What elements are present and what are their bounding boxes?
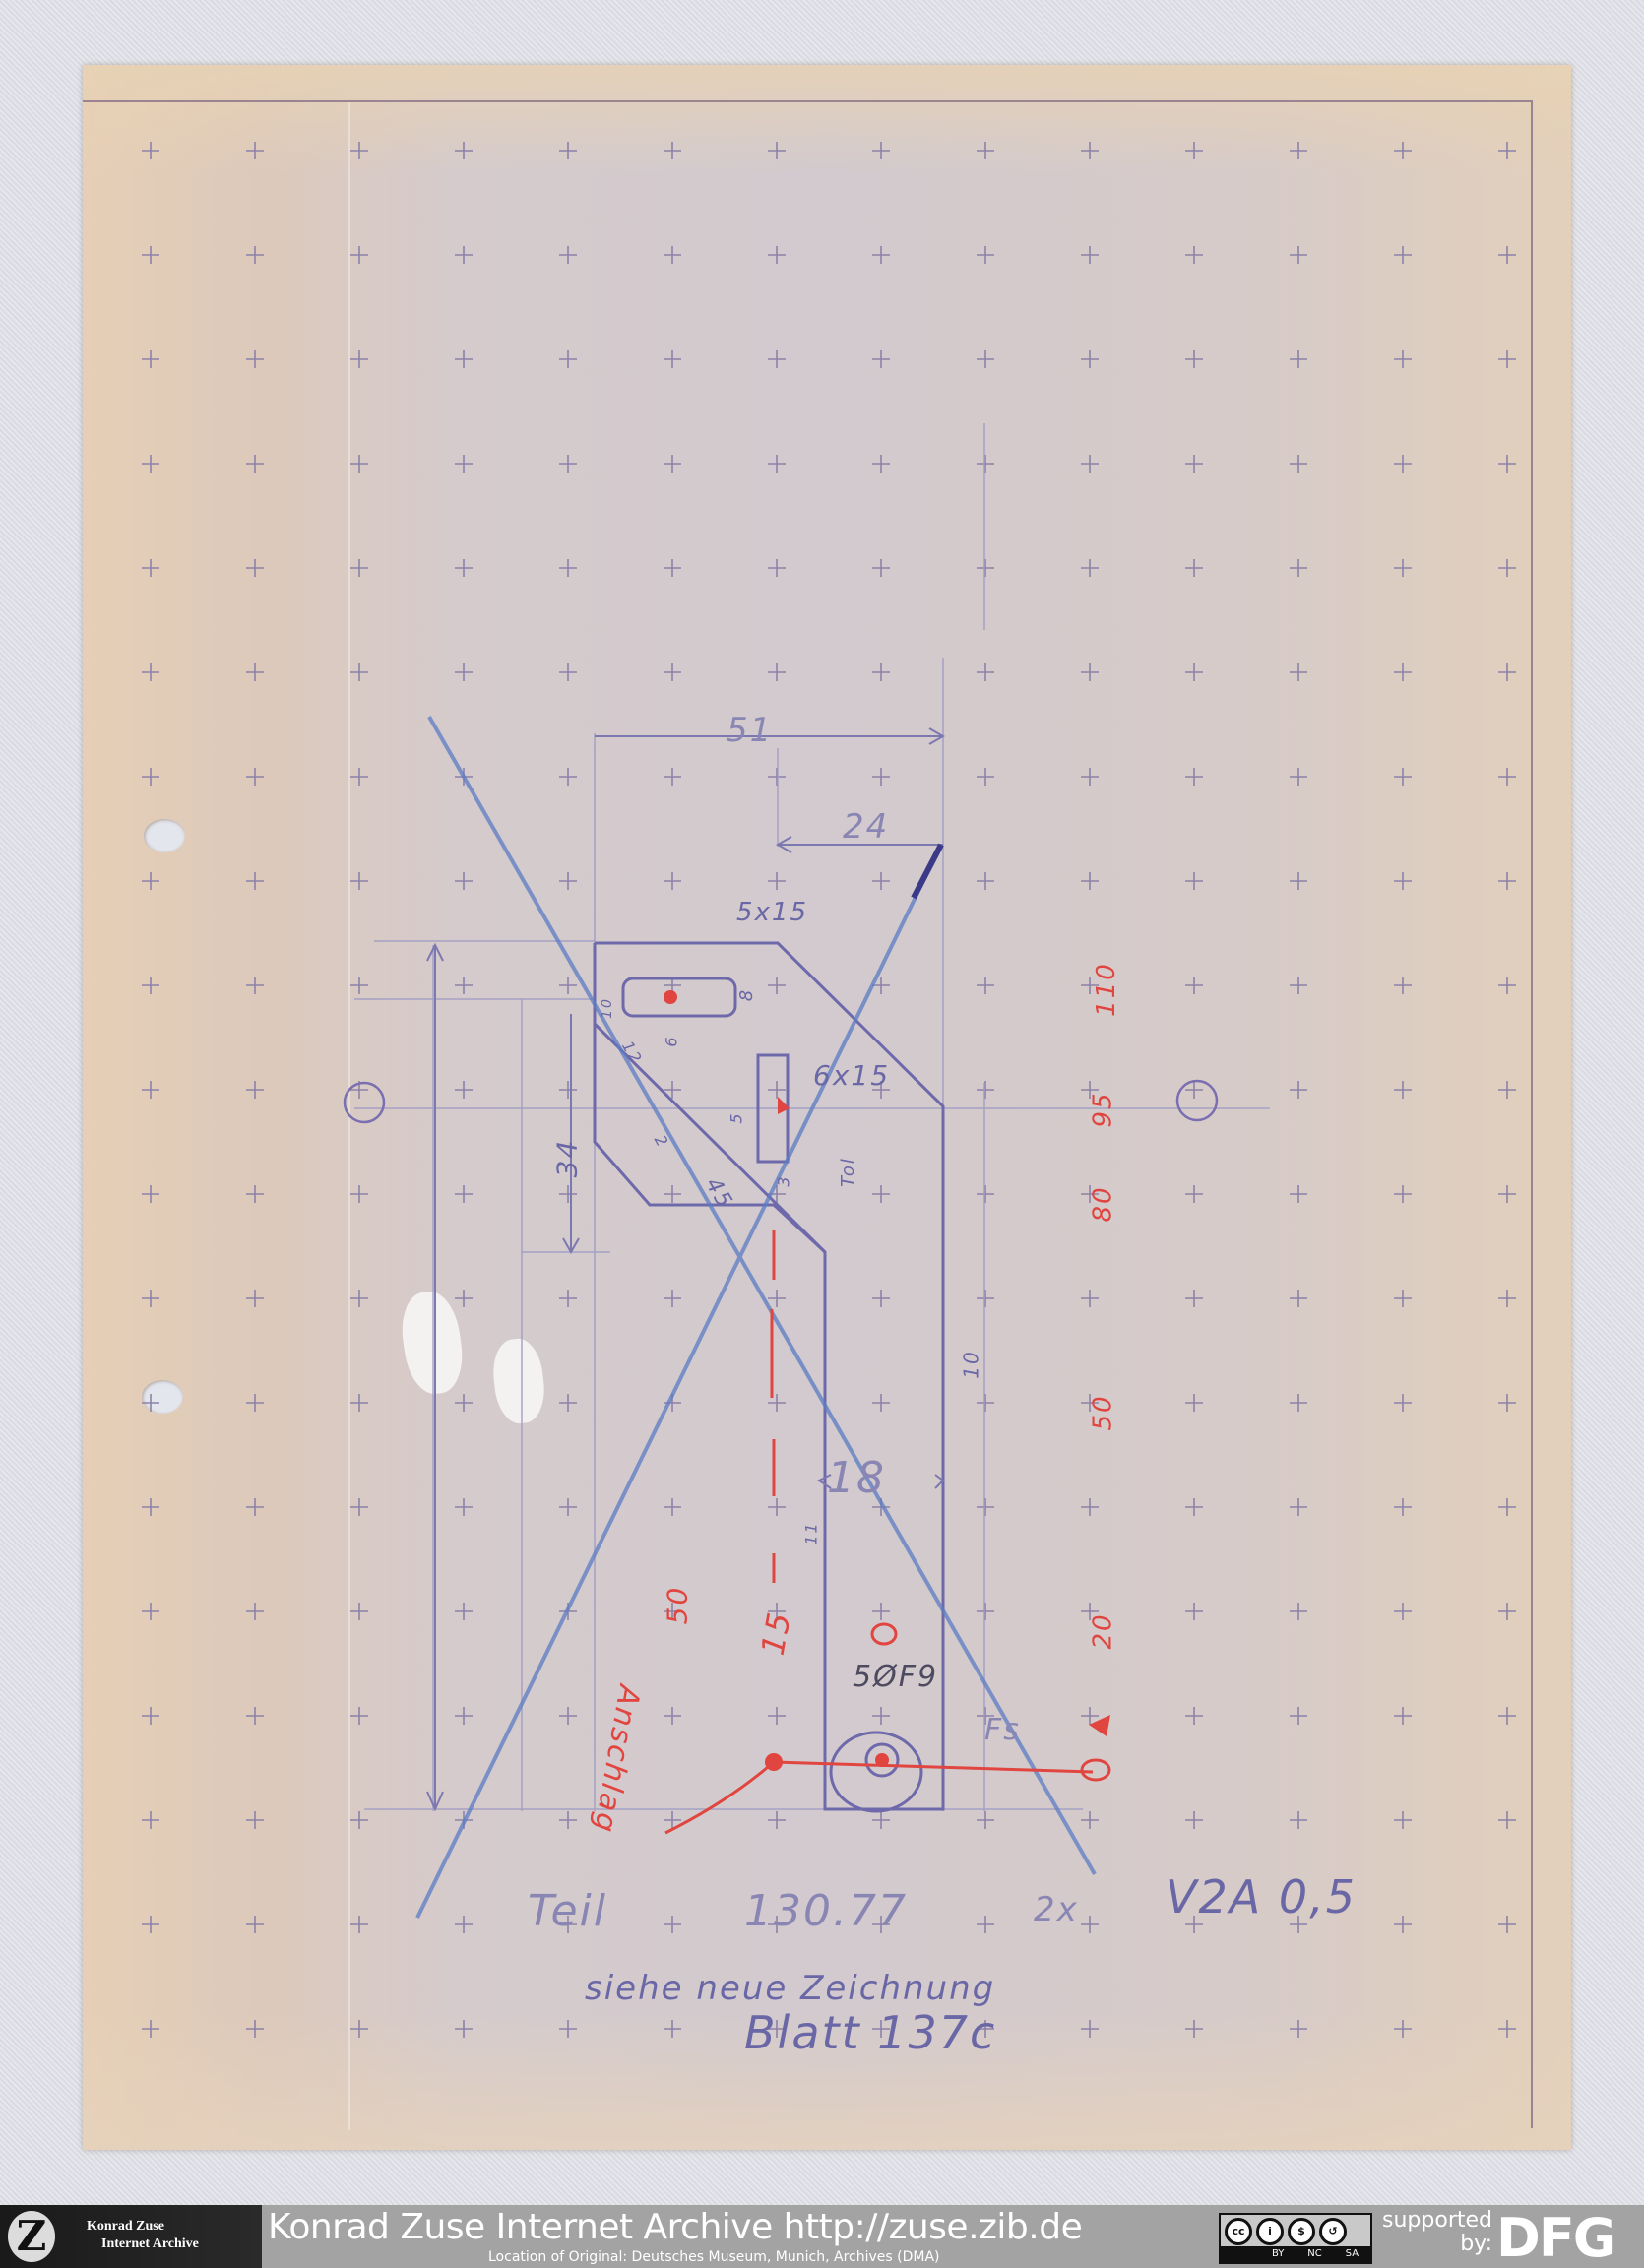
note-see-new-drawing: siehe neue Zeichnung [585, 1969, 995, 2008]
red-scale-value: 95 [1089, 1091, 1118, 1127]
red-scale-value: 110 [1092, 962, 1121, 1017]
license-by: BY [1272, 2246, 1284, 2262]
location-of-original: Location of Original: Deutsches Museum, … [488, 2248, 939, 2266]
red-left-value: 15 [754, 1608, 798, 1659]
label-tol: Tol [838, 1157, 858, 1187]
license-nc: NC [1307, 2246, 1321, 2262]
dim-lower-width: 18 [827, 1453, 886, 1503]
red-scale-value: 50 [1089, 1394, 1118, 1430]
note-material: V2A 0,5 [1166, 1870, 1357, 1923]
supported-line-2: by: [1460, 2232, 1492, 2256]
logo-line-2: Internet Archive [87, 2236, 199, 2253]
dim-side: 10 [960, 1350, 983, 1378]
logo-text: Konrad Zuse Internet Archive [87, 2218, 199, 2253]
dim-slot-height: 10 [600, 997, 615, 1019]
red-left-value: 50 [661, 1586, 693, 1625]
supported-by-label: supported by: [1382, 2209, 1492, 2256]
archive-logo[interactable]: Z Konrad Zuse Internet Archive [0, 2205, 262, 2268]
dim-lower: 11 [802, 1521, 821, 1544]
archive-title-link[interactable]: Konrad Zuse Internet Archive http://zuse… [268, 2205, 1082, 2250]
note-part-label: Teil [528, 1886, 607, 1936]
label-fs: Fs [984, 1713, 1021, 1747]
dim-slot-2: 6x15 [813, 1059, 890, 1092]
license-sa: SA [1346, 2246, 1359, 2262]
by-attribution-icon: i [1256, 2218, 1284, 2245]
note-part-number: 130.77 [744, 1886, 908, 1936]
zuse-z-icon: Z [8, 2211, 55, 2262]
dim-small-1: 3 [775, 1174, 793, 1186]
dim-height-left: 34 [550, 1139, 583, 1178]
dim-partial-width: 24 [843, 807, 889, 847]
dim-small-3: 5 [727, 1111, 746, 1123]
dim-hole: 5ØF9 [853, 1660, 938, 1694]
cc-icon: cc [1225, 2218, 1252, 2245]
red-scale-value: 80 [1089, 1185, 1118, 1222]
note-sheet-reference: Blatt 137c [744, 2006, 996, 2059]
dim-slot-width: 8 [736, 988, 757, 1001]
dim-slot-side: 6 [663, 1035, 681, 1046]
supported-line-1: supported [1382, 2208, 1492, 2233]
dim-slot-1: 5x15 [736, 898, 808, 927]
dfg-logo[interactable]: DFG [1496, 2211, 1614, 2266]
archive-footer: Z Konrad Zuse Internet Archive Konrad Zu… [0, 2205, 1644, 2268]
sharealike-icon: ↺ [1319, 2218, 1347, 2245]
dim-overall-width: 51 [727, 711, 773, 750]
note-quantity: 2x [1034, 1890, 1079, 1929]
logo-line-1: Konrad Zuse [87, 2219, 164, 2234]
technical-drawing [0, 0, 1644, 2205]
cc-license-badge[interactable]: cc i $ ↺ BY NC SA [1219, 2213, 1372, 2264]
red-scale-value: 20 [1089, 1612, 1118, 1649]
noncommercial-icon: $ [1288, 2218, 1315, 2245]
